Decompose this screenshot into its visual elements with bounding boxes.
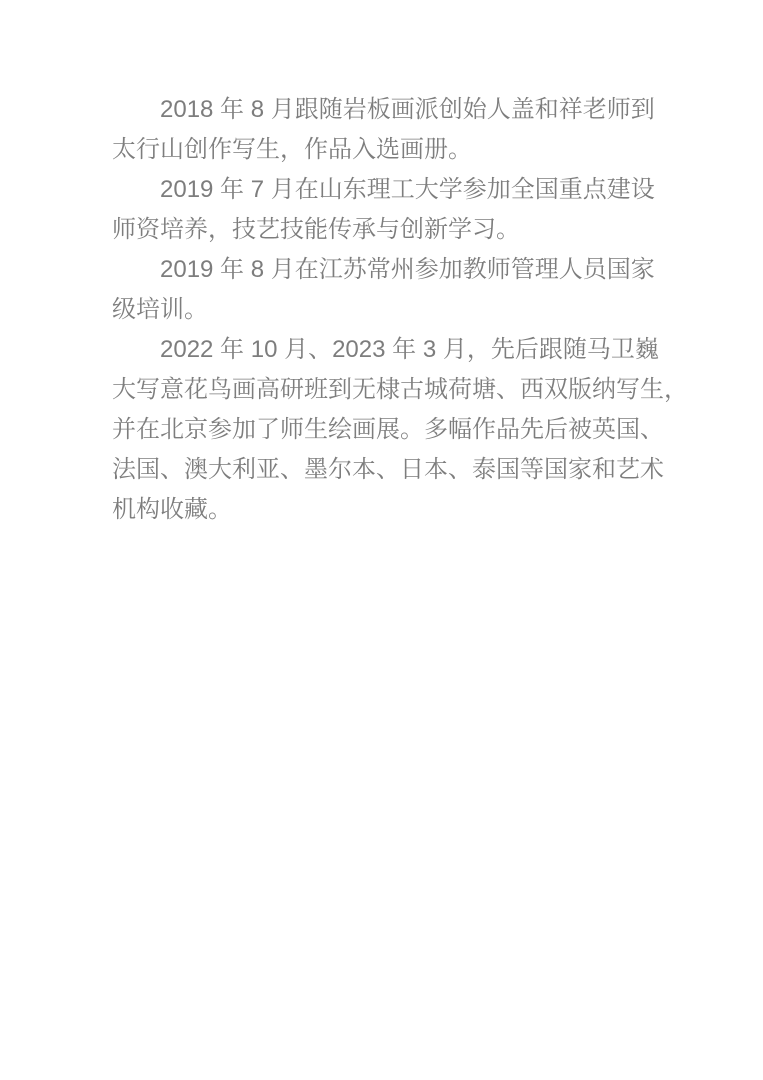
- paragraph-2019-changzhou: 2019 年 8 月在江苏常州参加教师管理人员国家 级培训。: [112, 250, 712, 330]
- text-line: 2022 年 10 月、2023 年 3 月，先后跟随马卫巍: [112, 330, 712, 370]
- document-text-block: 2018 年 8 月跟随岩板画派创始人盖和祥老师到 太行山创作写生，作品入选画册…: [112, 90, 712, 530]
- text-line: 太行山创作写生，作品入选画册。: [112, 130, 712, 170]
- text-line: 机构收藏。: [112, 490, 712, 530]
- text-line: 2019 年 8 月在江苏常州参加教师管理人员国家: [112, 250, 712, 290]
- paragraph-2019-shandong-ligong: 2019 年 7 月在山东理工大学参加全国重点建设 师资培养，技艺技能传承与创新…: [112, 170, 712, 250]
- text-line: 2018 年 8 月跟随岩板画派创始人盖和祥老师到: [112, 90, 712, 130]
- text-line: 师资培养，技艺技能传承与创新学习。: [112, 210, 712, 250]
- text-line: 大写意花鸟画高研班到无棣古城荷塘、西双版纳写生，: [112, 370, 712, 410]
- text-line: 法国、澳大利亚、墨尔本、日本、泰国等国家和艺术: [112, 450, 712, 490]
- text-line: 级培训。: [112, 290, 712, 330]
- text-line: 2019 年 7 月在山东理工大学参加全国重点建设: [112, 170, 712, 210]
- text-line: 并在北京参加了师生绘画展。多幅作品先后被英国、: [112, 410, 712, 450]
- paragraph-2022-2023-collections: 2022 年 10 月、2023 年 3 月，先后跟随马卫巍 大写意花鸟画高研班…: [112, 330, 712, 530]
- paragraph-2018-taihangshan: 2018 年 8 月跟随岩板画派创始人盖和祥老师到 太行山创作写生，作品入选画册…: [112, 90, 712, 170]
- document-page: 2018 年 8 月跟随岩板画派创始人盖和祥老师到 太行山创作写生，作品入选画册…: [0, 0, 763, 1080]
